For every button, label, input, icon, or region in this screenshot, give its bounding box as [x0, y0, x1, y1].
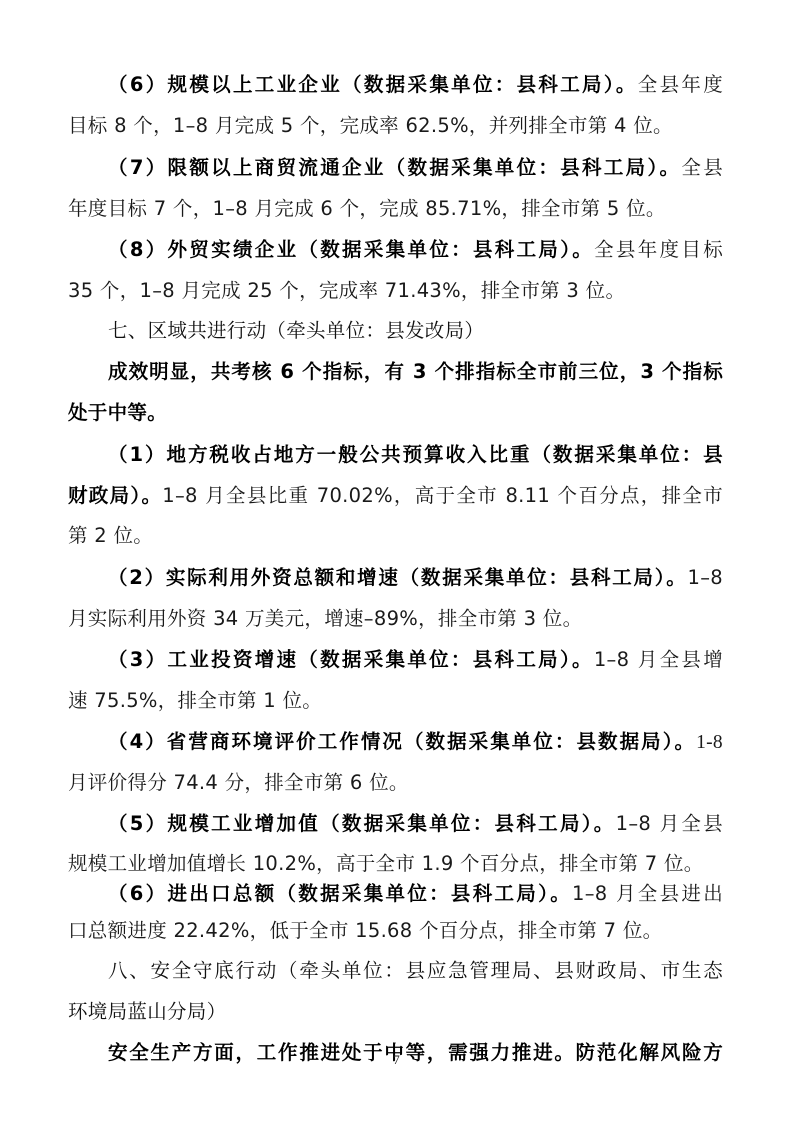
s7-item-5-line1: （5）规模工业增加值（数据采集单位：县科工局）。1–8 月全县 — [108, 809, 723, 839]
s7-item-5-line2: 规模工业增加值增长 10.2%，高于全市 1.9 个百分点，排全市第 7 位。 — [68, 849, 723, 879]
item-text: 1-8 — [696, 732, 723, 753]
section-7-summary-line2: 处于中等。 — [68, 398, 723, 428]
s7-item-3-line2: 速 75.5%，排全市第 1 位。 — [68, 686, 723, 716]
item-text: 1–8 月全县增 — [594, 648, 723, 671]
s7-item-2-line1: （2）实际利用外资总额和增速（数据采集单位：县科工局）。1–8 — [108, 563, 723, 593]
item-heading: （6）进出口总额（数据采集单位：县科工局）。 — [108, 882, 572, 905]
item-heading-tail: 财政局）。 — [68, 484, 162, 507]
item-6-enterprises-line2: 目标 8 个，1–8 月完成 5 个，完成率 62.5%，并列排全市第 4 位。 — [68, 111, 723, 141]
item-text: 全县 — [681, 156, 723, 179]
s7-item-1-line2: 财政局）。1–8 月全县比重 70.02%，高于全市 8.11 个百分点，排全市 — [68, 481, 723, 511]
item-8-foreign-trade-line2: 35 个，1–8 月完成 25 个，完成率 71.43%，排全市第 3 位。 — [68, 276, 723, 306]
s7-item-6-line2: 口总额进度 22.42%，低于全市 15.68 个百分点，排全市第 7 位。 — [68, 916, 723, 946]
item-text: 1–8 月全县比重 70.02%，高于全市 8.11 个百分点，排全市 — [162, 484, 723, 507]
item-text: 1–8 — [688, 566, 723, 589]
section-7-summary-line1: 成效明显，共考核 6 个指标，有 3 个排指标全市前三位，3 个指标 — [108, 357, 723, 387]
s7-item-2-line2: 月实际利用外资 34 万美元，增速–89%，排全市第 3 位。 — [68, 604, 723, 634]
item-text: 1–8 月全县 — [616, 812, 723, 835]
item-heading: （6）规模以上工业企业（数据采集单位：县科工局）。 — [108, 73, 638, 96]
item-heading: （2）实际利用外资总额和增速（数据采集单位：县科工局）。 — [108, 566, 688, 589]
item-6-enterprises-line1: （6）规模以上工业企业（数据采集单位：县科工局）。全县年度 — [108, 70, 723, 100]
s7-item-1-line3: 第 2 位。 — [68, 521, 723, 551]
page-number: 7 — [0, 1052, 793, 1068]
item-heading: （4）省营商环境评价工作情况（数据采集单位：县数据局）。 — [108, 730, 696, 753]
item-8-foreign-trade-line1: （8）外贸实绩企业（数据采集单位：县科工局）。全县年度目标 — [108, 235, 723, 265]
document-page: （6）规模以上工业企业（数据采集单位：县科工局）。全县年度 目标 8 个，1–8… — [0, 0, 793, 1122]
item-text: 全县年度目标 — [594, 238, 723, 261]
item-text: 1–8 月全县进出 — [572, 882, 723, 905]
s7-item-4-line1: （4）省营商环境评价工作情况（数据采集单位：县数据局）。1-8 — [108, 727, 723, 758]
section-7-title: 七、区域共进行动（牵头单位：县发改局） — [108, 316, 723, 346]
s7-item-1-line1: （1）地方税收占地方一般公共预算收入比重（数据采集单位：县 — [108, 440, 723, 470]
section-8-title-line2: 环境局蓝山分局） — [68, 997, 723, 1027]
s7-item-3-line1: （3）工业投资增速（数据采集单位：县科工局）。1–8 月全县增 — [108, 645, 723, 675]
s7-item-4-line2: 月评价得分 74.4 分，排全市第 6 位。 — [68, 768, 723, 798]
section-8-title-line1: 八、安全守底行动（牵头单位：县应急管理局、县财政局、市生态 — [108, 956, 723, 986]
item-text: 全县年度 — [638, 73, 723, 96]
item-7-trade-line1: （7）限额以上商贸流通企业（数据采集单位：县科工局）。全县 — [108, 153, 723, 183]
item-heading: （5）规模工业增加值（数据采集单位：县科工局）。 — [108, 812, 616, 835]
item-heading: （3）工业投资增速（数据采集单位：县科工局）。 — [108, 648, 594, 671]
item-7-trade-line2: 年度目标 7 个，1–8 月完成 6 个，完成 85.71%，排全市第 5 位。 — [68, 194, 723, 224]
item-heading: （7）限额以上商贸流通企业（数据采集单位：县科工局）。 — [108, 156, 681, 179]
item-heading: （8）外贸实绩企业（数据采集单位：县科工局）。 — [108, 238, 594, 261]
s7-item-6-line1: （6）进出口总额（数据采集单位：县科工局）。1–8 月全县进出 — [108, 879, 723, 909]
